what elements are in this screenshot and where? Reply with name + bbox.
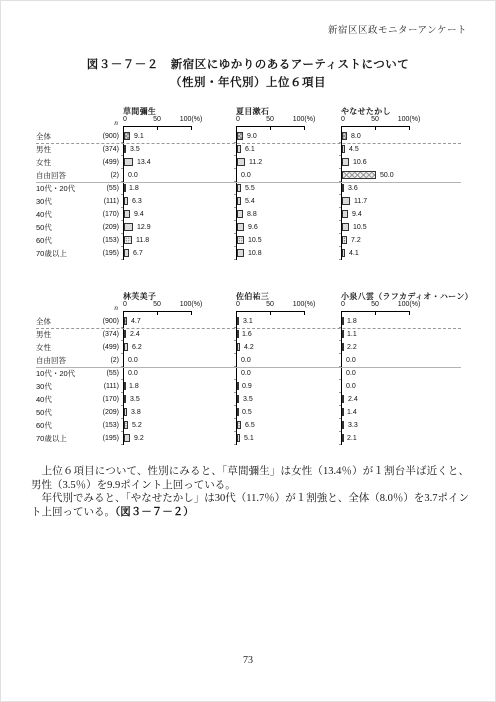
bar-cell: 0.0 (341, 354, 461, 367)
bar (124, 197, 128, 205)
bar-value-label: 0.0 (346, 354, 356, 367)
bar-value-label: 0.0 (241, 169, 251, 182)
axis-tick-label-100: 100(%) (398, 116, 421, 123)
row-label: 70歳以上 (36, 247, 102, 260)
bar-cell: 8.8 (236, 208, 341, 221)
bar (342, 145, 345, 153)
bar-cell: 0.0 (236, 367, 341, 380)
row-n-value: (55) (102, 367, 123, 380)
row-label: 女性 (36, 156, 102, 169)
row-label: 男性 (36, 143, 102, 156)
row-label: 30代 (36, 195, 102, 208)
axis-tick-label-0: 0 (123, 116, 127, 123)
separator-dashed (36, 143, 461, 144)
bar-value-label: 9.4 (134, 208, 144, 221)
chart-row: 40代(170)3.53.52.4 (36, 393, 461, 406)
bar (342, 408, 344, 416)
figure-reference: （図３－７－２） (115, 507, 194, 518)
bar-value-label: 3.1 (243, 315, 253, 328)
row-label: 40代 (36, 393, 102, 406)
bar-value-label: 1.8 (129, 380, 139, 393)
chart-row: 女性(499)13.411.210.6 (36, 156, 461, 169)
separator-dashed (36, 328, 461, 329)
bar (237, 249, 244, 257)
row-n-value: (900) (102, 130, 123, 143)
bar (124, 434, 130, 442)
bar (124, 421, 128, 429)
axis-scale: 050100(%) (236, 115, 341, 130)
bar-value-label: 13.4 (137, 156, 151, 169)
row-n-value: (374) (102, 328, 123, 341)
bar (237, 434, 240, 442)
axis-tick-label-100: 100(%) (180, 301, 203, 308)
bar (237, 236, 244, 244)
chart-row: 70歳以上(195)6.710.84.1 (36, 247, 461, 260)
row-label: 10代・20代 (36, 367, 102, 380)
bar (237, 395, 239, 403)
bar-value-label: 1.1 (347, 328, 357, 341)
bar (342, 421, 344, 429)
row-n-value: (170) (102, 208, 123, 221)
row-label: 男性 (36, 328, 102, 341)
bar-value-label: 0.0 (346, 367, 356, 380)
axis-tick-label-100: 100(%) (293, 301, 316, 308)
bar (237, 132, 243, 140)
bar (124, 249, 129, 257)
bar-cell: 4.2 (236, 341, 341, 354)
bar-cell: 2.4 (123, 328, 236, 341)
axis-n-header: n (102, 300, 123, 315)
row-n-value: (170) (102, 393, 123, 406)
bar-cell: 1.6 (236, 328, 341, 341)
row-n-value: (209) (102, 221, 123, 234)
bar (342, 171, 376, 179)
bar-value-label: 7.2 (351, 234, 361, 247)
bar-value-label: 0.9 (242, 380, 252, 393)
bar-cell: 0.0 (236, 354, 341, 367)
bar (237, 421, 241, 429)
bar (342, 210, 348, 218)
bar-cell: 3.5 (123, 143, 236, 156)
separator-solid (36, 367, 461, 368)
axis-scale: 050100(%) (123, 115, 236, 130)
bar (342, 158, 349, 166)
bar-value-label: 2.4 (348, 393, 358, 406)
chart-row: 10代・20代(55)0.00.00.0 (36, 367, 461, 380)
axis-tick-label-50: 50 (266, 116, 274, 123)
body-paragraph-1: 上位６項目について、性別にみると、「草間彌生」は女性（13.4％）が１割台半ば近… (31, 465, 469, 492)
bar-cell: 1.8 (123, 380, 236, 393)
row-n-value: (2) (102, 354, 123, 367)
row-n-value: (209) (102, 406, 123, 419)
bar-value-label: 9.1 (134, 130, 144, 143)
bar-value-label: 1.8 (347, 315, 357, 328)
row-label: 10代・20代 (36, 182, 102, 195)
bar-value-label: 9.4 (352, 208, 362, 221)
bar (124, 236, 132, 244)
bar-value-label: 4.2 (244, 341, 254, 354)
bar-cell: 3.3 (341, 419, 461, 432)
bar-value-label: 4.1 (349, 247, 359, 260)
bar-cell: 0.0 (123, 169, 236, 182)
row-label: 50代 (36, 221, 102, 234)
bar-value-label: 1.8 (129, 182, 139, 195)
page-header: 新宿区区政モニターアンケート (328, 22, 467, 36)
row-n-value: (499) (102, 341, 123, 354)
axis-tick-label-0: 0 (236, 116, 240, 123)
row-label: 自由回答 (36, 169, 102, 182)
bar-value-label: 1.4 (347, 406, 357, 419)
bar (237, 343, 240, 351)
bar-cell: 9.4 (341, 208, 461, 221)
bar (237, 210, 243, 218)
row-label: 50代 (36, 406, 102, 419)
chart-titles-row: 林芙美子佐伯祐三小泉八雲（ラフカディオ・ハーン） (36, 286, 461, 300)
bar-value-label: 0.0 (128, 169, 138, 182)
bar-cell: 11.7 (341, 195, 461, 208)
row-label: 自由回答 (36, 354, 102, 367)
bar-cell: 6.5 (236, 419, 341, 432)
row-n-value: (2) (102, 169, 123, 182)
bar-value-label: 3.6 (348, 182, 358, 195)
bar (124, 132, 130, 140)
bar-value-label: 10.5 (248, 234, 262, 247)
bar-cell: 6.7 (123, 247, 236, 260)
bar (124, 158, 133, 166)
figure-title-line1: 図３－７－２ 新宿区にゆかりのあるアーティストについて (1, 56, 495, 72)
row-n-value: (111) (102, 195, 123, 208)
row-label: 60代 (36, 419, 102, 432)
bar (342, 197, 350, 205)
bar-value-label: 5.1 (244, 432, 254, 445)
bar-value-label: 2.4 (130, 328, 140, 341)
bar-value-label: 3.5 (130, 143, 140, 156)
bar-value-label: 5.2 (132, 419, 142, 432)
bar-value-label: 10.5 (353, 221, 367, 234)
bar-cell: 11.2 (236, 156, 341, 169)
separator-solid (36, 182, 461, 183)
chart-block-bottom: 林芙美子佐伯祐三小泉八雲（ラフカディオ・ハーン）n050100(%)050100… (36, 286, 461, 445)
bar-cell: 9.4 (123, 208, 236, 221)
bar-value-label: 50.0 (380, 169, 394, 182)
bar-cell: 8.0 (341, 130, 461, 143)
bar-cell: 5.5 (236, 182, 341, 195)
bar-cell: 10.5 (236, 234, 341, 247)
bar-cell: 7.2 (341, 234, 461, 247)
axis-scale: 050100(%) (341, 115, 461, 130)
chart-row: 70歳以上(195)9.25.12.1 (36, 432, 461, 445)
chart-block-top: 草間彌生夏目漱石やなせたかしn050100(%)050100(%)050100(… (36, 101, 461, 260)
bar (342, 184, 344, 192)
chart-row: 10代・20代(55)1.85.53.6 (36, 182, 461, 195)
bar-cell: 6.1 (236, 143, 341, 156)
bar (124, 317, 127, 325)
bar (237, 184, 241, 192)
bar-cell: 1.1 (341, 328, 461, 341)
bar-cell: 10.8 (236, 247, 341, 260)
bar-value-label: 11.8 (136, 234, 149, 247)
bar-value-label: 6.1 (245, 143, 255, 156)
bar (342, 236, 347, 244)
bar-cell: 10.5 (341, 221, 461, 234)
bar (342, 317, 344, 325)
bar-cell: 4.7 (123, 315, 236, 328)
chart-row: 全体(900)4.73.11.8 (36, 315, 461, 328)
bar (342, 434, 344, 442)
chart-row: 40代(170)9.48.89.4 (36, 208, 461, 221)
bar-value-label: 6.7 (133, 247, 143, 260)
bar-value-label: 8.0 (351, 130, 361, 143)
axis-tick-label-0: 0 (123, 301, 127, 308)
row-n-value: (374) (102, 143, 123, 156)
bar-value-label: 9.0 (247, 130, 257, 143)
axis-tick-label-100: 100(%) (293, 116, 316, 123)
row-label: 70歳以上 (36, 432, 102, 445)
bar-cell: 1.8 (123, 182, 236, 195)
bar-cell: 3.5 (236, 393, 341, 406)
bar-cell: 3.1 (236, 315, 341, 328)
chart-row: 30代(111)6.35.411.7 (36, 195, 461, 208)
chart-row: 自由回答(2)0.00.00.0 (36, 354, 461, 367)
axis-tick-label-100: 100(%) (398, 301, 421, 308)
chart-row: 男性(374)3.56.14.5 (36, 143, 461, 156)
bar-value-label: 9.2 (134, 432, 144, 445)
bar-value-label: 11.2 (249, 156, 262, 169)
body-paragraph-1-text: 上位６項目について、性別にみると、「草間彌生」は女性（13.4％）が１割台半ば近… (31, 466, 469, 491)
bar (124, 184, 126, 192)
bar (237, 317, 239, 325)
bar (124, 408, 127, 416)
bar-cell: 0.0 (123, 354, 236, 367)
bar (124, 382, 126, 390)
bar-value-label: 3.8 (131, 406, 141, 419)
bar-cell: 0.0 (341, 367, 461, 380)
bar-cell: 6.3 (123, 195, 236, 208)
bar-cell: 11.8 (123, 234, 236, 247)
bar-cell: 13.4 (123, 156, 236, 169)
bar-cell: 50.0 (341, 169, 461, 182)
axis-tick-label-50: 50 (266, 301, 274, 308)
bar (124, 330, 126, 338)
axis-scale: 050100(%) (123, 300, 236, 315)
bar (237, 145, 241, 153)
chart-axis-row: n050100(%)050100(%)050100(%) (36, 300, 461, 315)
bar (237, 197, 241, 205)
chart-row: 50代(209)3.80.51.4 (36, 406, 461, 419)
bar-cell: 3.6 (341, 182, 461, 195)
bar-cell: 2.1 (341, 432, 461, 445)
chart-axis-row: n050100(%)050100(%)050100(%) (36, 115, 461, 130)
bar (124, 223, 133, 231)
row-n-value: (195) (102, 432, 123, 445)
bar-cell: 9.6 (236, 221, 341, 234)
bar-value-label: 12.9 (137, 221, 151, 234)
bar-value-label: 0.0 (346, 380, 356, 393)
bar-value-label: 6.2 (132, 341, 142, 354)
row-n-value: (55) (102, 182, 123, 195)
bar (124, 210, 130, 218)
chart-row: 60代(153)11.810.57.2 (36, 234, 461, 247)
bar-value-label: 2.2 (347, 341, 357, 354)
chart-row: 60代(153)5.26.53.3 (36, 419, 461, 432)
bar-cell: 4.5 (341, 143, 461, 156)
bar-value-label: 10.8 (248, 247, 262, 260)
bar-cell: 1.8 (341, 315, 461, 328)
chart-row: 全体(900)9.19.08.0 (36, 130, 461, 143)
bar-value-label: 0.0 (241, 367, 251, 380)
bar-cell: 0.9 (236, 380, 341, 393)
bar-value-label: 3.5 (130, 393, 140, 406)
bar-cell: 2.4 (341, 393, 461, 406)
bar-value-label: 11.7 (354, 195, 367, 208)
bar-cell: 12.9 (123, 221, 236, 234)
bar (237, 330, 239, 338)
row-label: 全体 (36, 315, 102, 328)
figure-title-line2: （性別・年代別）上位６項目 (1, 74, 495, 90)
bar (124, 145, 126, 153)
bar-cell: 5.2 (123, 419, 236, 432)
row-label: 40代 (36, 208, 102, 221)
row-n-value: (153) (102, 419, 123, 432)
bar-cell: 5.1 (236, 432, 341, 445)
row-n-value: (499) (102, 156, 123, 169)
chart-row: 男性(374)2.41.61.1 (36, 328, 461, 341)
bar-cell: 6.2 (123, 341, 236, 354)
bar-cell: 5.4 (236, 195, 341, 208)
bar-value-label: 6.3 (132, 195, 142, 208)
document-page: 新宿区区政モニターアンケート 図３－７－２ 新宿区にゆかりのあるアーティストにつ… (0, 0, 496, 702)
bar (237, 223, 244, 231)
bar-value-label: 0.0 (128, 354, 138, 367)
page-number: 73 (1, 655, 495, 666)
bar-cell: 2.2 (341, 341, 461, 354)
bar-value-label: 9.6 (248, 221, 258, 234)
bar-value-label: 4.7 (131, 315, 141, 328)
bar-value-label: 0.0 (128, 367, 138, 380)
bar-cell: 9.0 (236, 130, 341, 143)
chart-titles-row: 草間彌生夏目漱石やなせたかし (36, 101, 461, 115)
chart-row: 自由回答(2)0.00.050.0 (36, 169, 461, 182)
bar-cell: 3.8 (123, 406, 236, 419)
row-label: 全体 (36, 130, 102, 143)
bar-value-label: 6.5 (245, 419, 255, 432)
axis-tick-label-50: 50 (371, 116, 379, 123)
bar (237, 382, 239, 390)
bar-value-label: 4.5 (349, 143, 359, 156)
bar-cell: 0.0 (236, 169, 341, 182)
bar (342, 343, 344, 351)
bar-cell: 0.0 (341, 380, 461, 393)
bar-cell: 10.6 (341, 156, 461, 169)
axis-scale: 050100(%) (236, 300, 341, 315)
bar-value-label: 5.4 (245, 195, 255, 208)
chart-row: 30代(111)1.80.90.0 (36, 380, 461, 393)
bar-value-label: 0.0 (241, 354, 251, 367)
chart-row: 50代(209)12.99.610.5 (36, 221, 461, 234)
bar-value-label: 10.6 (353, 156, 367, 169)
axis-tick-label-0: 0 (341, 301, 345, 308)
bar-value-label: 5.5 (245, 182, 255, 195)
axis-n-header: n (102, 115, 123, 130)
bar-value-label: 2.1 (347, 432, 357, 445)
axis-tick-label-100: 100(%) (180, 116, 203, 123)
axis-tick-label-50: 50 (153, 116, 161, 123)
axis-tick-label-50: 50 (153, 301, 161, 308)
row-n-value: (195) (102, 247, 123, 260)
bar (124, 395, 126, 403)
bar (342, 223, 349, 231)
row-label: 60代 (36, 234, 102, 247)
row-n-value: (153) (102, 234, 123, 247)
bar-value-label: 1.6 (242, 328, 252, 341)
row-n-value: (900) (102, 315, 123, 328)
bar-value-label: 3.3 (348, 419, 358, 432)
axis-scale: 050100(%) (341, 300, 461, 315)
axis-tick-label-0: 0 (236, 301, 240, 308)
bar (237, 158, 245, 166)
bar (237, 408, 239, 416)
axis-tick-label-50: 50 (371, 301, 379, 308)
bar-cell: 4.1 (341, 247, 461, 260)
bar-cell: 0.0 (123, 367, 236, 380)
row-n-value: (111) (102, 380, 123, 393)
bar-cell: 9.1 (123, 130, 236, 143)
bar (342, 395, 344, 403)
bar (124, 343, 128, 351)
body-text: 上位６項目について、性別にみると、「草間彌生」は女性（13.4％）が１割台半ば近… (31, 465, 469, 519)
bar-cell: 0.5 (236, 406, 341, 419)
body-paragraph-2: 年代別でみると、「やなせたかし」は30代（11.7％）が１割強と、全体（8.0％… (31, 492, 469, 519)
row-label: 30代 (36, 380, 102, 393)
row-label: 女性 (36, 341, 102, 354)
bar (342, 249, 345, 257)
chart-row: 女性(499)6.24.22.2 (36, 341, 461, 354)
bar-cell: 9.2 (123, 432, 236, 445)
bar-cell: 3.5 (123, 393, 236, 406)
axis-tick-label-0: 0 (341, 116, 345, 123)
bar (342, 132, 347, 140)
bar-value-label: 3.5 (243, 393, 253, 406)
bar (342, 330, 344, 338)
bar-value-label: 8.8 (247, 208, 257, 221)
bar-value-label: 0.5 (242, 406, 252, 419)
bar-cell: 1.4 (341, 406, 461, 419)
body-paragraph-2-text: 年代別でみると、「やなせたかし」は30代（11.7％）が１割強と、全体（8.0％… (31, 493, 469, 518)
